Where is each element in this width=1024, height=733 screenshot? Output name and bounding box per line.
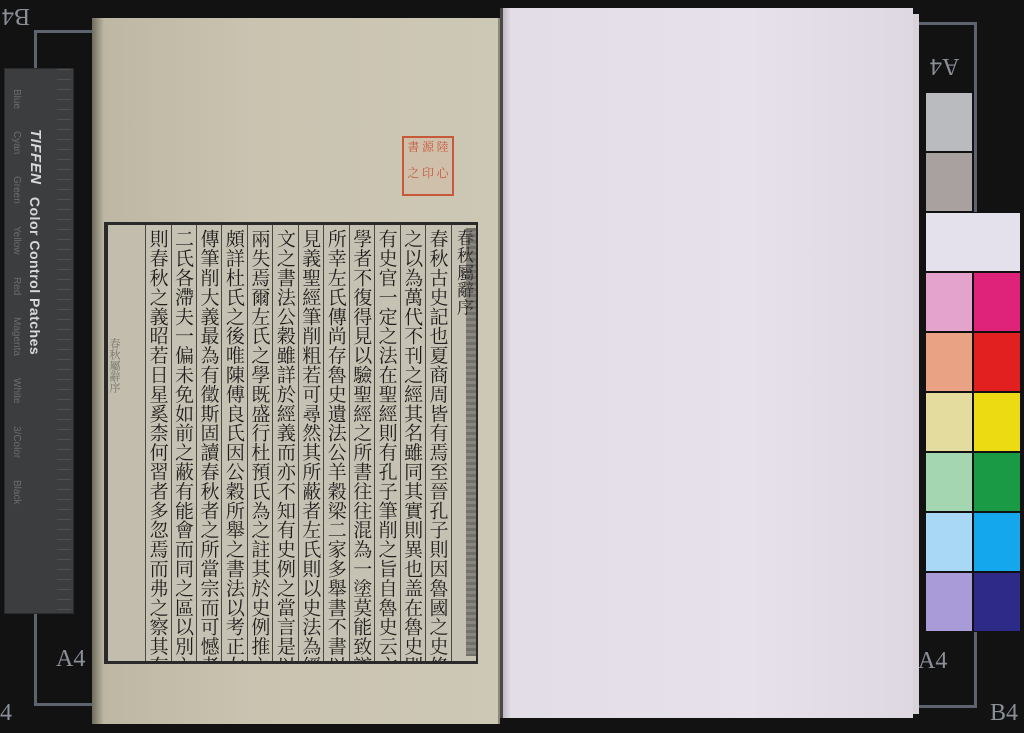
guide-label-b4-bottom-right: B4: [990, 700, 1018, 727]
seal-char: 源: [421, 140, 436, 166]
tiffen-logo: TIFFEN: [27, 129, 44, 185]
guide-label-a4-top-right: A4: [930, 52, 959, 79]
guide-label-4-bottom-left: 4: [0, 700, 12, 727]
seal-char: 心: [435, 166, 450, 192]
patch-light-cyan: [925, 512, 973, 572]
ruler-color-name: White: [11, 378, 22, 404]
seal-char: 陸: [435, 140, 450, 166]
guide-label-a4-bottom-left: A4: [56, 646, 85, 673]
ruler-color-name: Yellow: [11, 226, 22, 255]
patch-light-green: [925, 452, 973, 512]
text-column: 之以為萬代不刊之經其名雖同其實則異也盖在魯史則: [400, 225, 425, 661]
text-column: 頗詳杜氏之後唯陳傅良氏因公穀所舉之書法以考正左: [221, 225, 246, 661]
seal-char: 印: [421, 166, 436, 192]
seal-char: 之: [406, 166, 421, 192]
text-column: 有史官一定之法在聖經則有孔子筆削之旨自魯史云亡: [374, 225, 399, 661]
ruler-ticks: [57, 69, 71, 613]
ruler-color-names: Blue Cyan Green Yellow Red Magenta White…: [11, 89, 22, 504]
patch-light-gray: [925, 92, 973, 152]
patch-cyan: [973, 512, 1021, 572]
text-column: 所幸左氏傳尚存魯史遺法公羊穀梁二家多舉書不書以: [323, 225, 348, 661]
text-column: 兩失焉爾左氏之學既盛行杜預氏為之註其於史例推之: [247, 225, 272, 661]
ruler-color-name: Green: [11, 176, 22, 204]
text-column: 則春秋之義昭若日星奚柰何習者多忽焉而弗之察其有: [145, 225, 170, 661]
patch-light-red: [925, 332, 973, 392]
left-page: 書 源 陸 之 印 心 春秋屬辭序 春秋古史記也夏商周皆有焉至晉孔子則因魯國之史…: [92, 18, 500, 724]
ruler-color-name: Cyan: [11, 131, 22, 154]
color-patch-chart: [925, 92, 1021, 632]
ruler-color-name: Red: [11, 277, 22, 295]
text-column: 文之書法公穀雖詳於經義而亦不知有史例之當言是以: [272, 225, 297, 661]
patch-yellow: [973, 392, 1021, 452]
patch-light-yellow: [925, 392, 973, 452]
patch-warm-gray: [925, 152, 973, 212]
ruler-title: Color Control Patches: [27, 197, 43, 355]
color-control-ruler: Blue Cyan Green Yellow Red Magenta White…: [4, 68, 74, 614]
fold-margin-text: 春秋屬辭序: [106, 338, 122, 638]
ruler-color-name: Magenta: [11, 317, 22, 356]
patch-white: [925, 212, 1021, 272]
patch-blue: [973, 572, 1021, 632]
open-book: 書 源 陸 之 印 心 春秋屬辭序 春秋古史記也夏商周皆有焉至晉孔子則因魯國之史…: [92, 8, 910, 724]
right-page-blank: [500, 8, 913, 718]
guide-label-a4-bottom-right: A4: [918, 648, 947, 675]
patch-light-magenta: [925, 272, 973, 332]
text-column: 學者不復得見以驗聖經之所書往往混為一塗莫能致辯: [349, 225, 374, 661]
text-column: 二氏各滯夫一偏未免如前之蔽有能會而同之區以別之: [171, 225, 196, 661]
red-seal-stamp: 書 源 陸 之 印 心: [402, 136, 454, 196]
ruler-color-name: Black: [11, 480, 22, 504]
ruler-color-name: 3/Color: [11, 426, 22, 458]
patch-magenta: [973, 272, 1021, 332]
patch-green: [973, 452, 1021, 512]
text-column: 傳筆削大義最為有徵斯固讀春秋者之所當宗而可憾者: [196, 225, 221, 661]
woodblock-text-frame: 春秋屬辭序 春秋古史記也夏商周皆有焉至晉孔子則因魯國之史脩 之以為萬代不刊之經其…: [104, 222, 478, 664]
binding-edge: [466, 228, 476, 656]
patch-light-blue: [925, 572, 973, 632]
text-column: 見義聖經筆削粗若可尋然其所蔽者左氏則以史法為經: [298, 225, 323, 661]
text-column: 春秋古史記也夏商周皆有焉至晉孔子則因魯國之史脩: [425, 225, 450, 661]
patch-red: [973, 332, 1021, 392]
page-stack-edge: [913, 14, 919, 714]
seal-char: 書: [406, 140, 421, 166]
ruler-color-name: Blue: [11, 89, 22, 109]
ruler-brand: TIFFEN Color Control Patches: [27, 129, 44, 355]
guide-label-b4-top-left: B4: [2, 2, 30, 29]
